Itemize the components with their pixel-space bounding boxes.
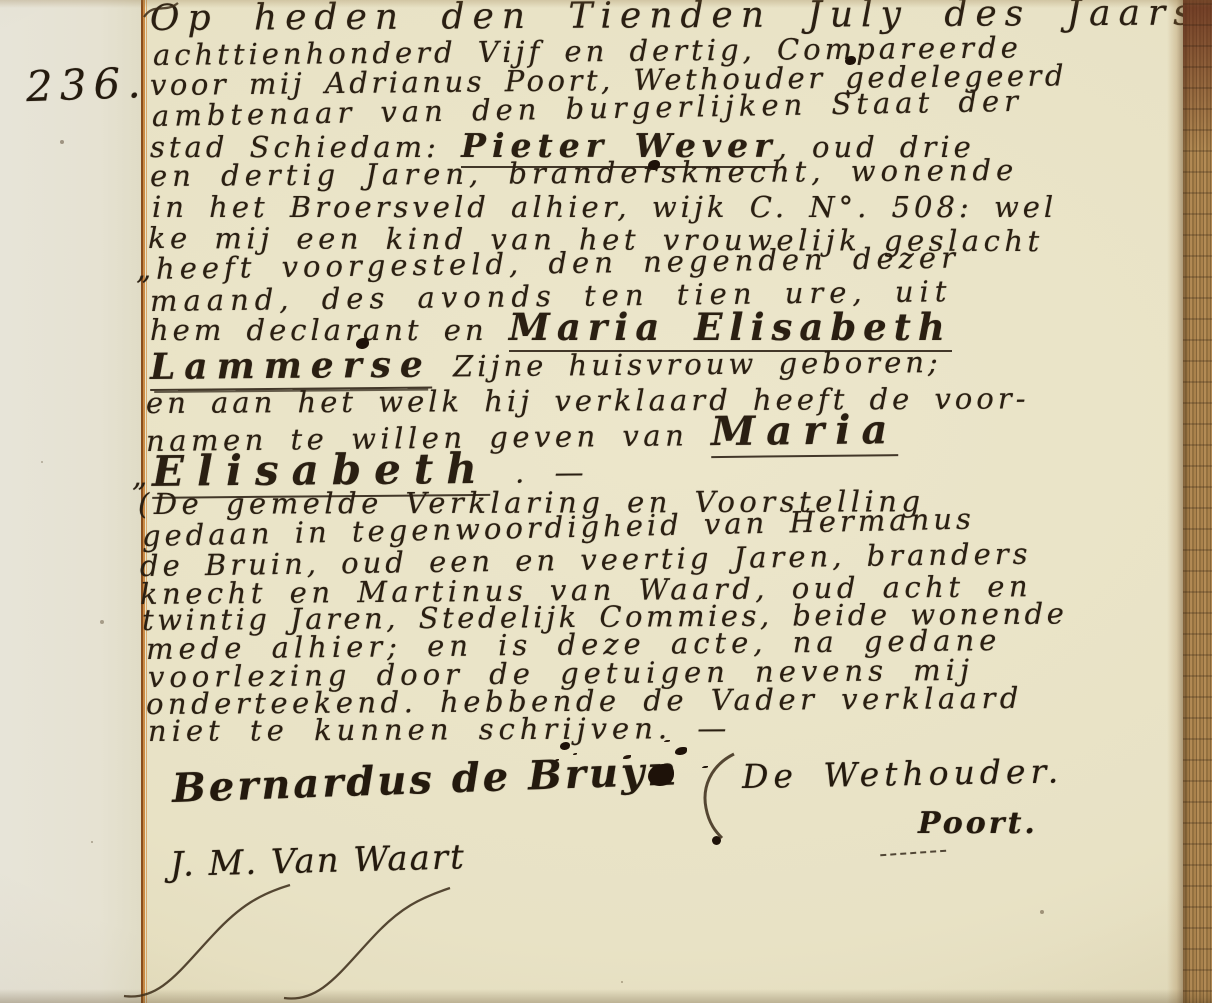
- pen-flourish-top: [142, 0, 182, 20]
- manuscript-line: in het Broersveld alhier, wijk C. N°. 50…: [152, 190, 1057, 224]
- paraph-flourish: [700, 750, 740, 845]
- margin-column: [0, 0, 141, 1003]
- act-number: 236.: [25, 58, 148, 111]
- manuscript-line: Lammerse Zijne huisvrouw geboren;: [150, 339, 942, 388]
- line-text: en dertig Jaren, brandersknecht, wonende: [150, 153, 1018, 193]
- paraph-underline-flourish: [880, 844, 946, 857]
- signature-text: De Wethouder.: [742, 751, 1064, 796]
- manuscript-line: niet te kunnen schrijven. —: [148, 711, 731, 748]
- pen-flourish-bottom: [118, 878, 458, 1003]
- book-fore-edge: [1183, 0, 1212, 1003]
- signature-text: Bernardus de Bruyn: [171, 747, 680, 812]
- paper-specks: [60, 140, 64, 144]
- line-text: Zijne huisvrouw geboren;: [432, 345, 942, 383]
- manuscript-line: en dertig Jaren, brandersknecht, wonende: [150, 153, 1018, 193]
- signature-text: Poort.: [918, 806, 1038, 841]
- signature-witness-1: Bernardus de Bruyn: [171, 747, 680, 812]
- page-curl-shadow: [1167, 0, 1183, 1003]
- line-text: niet te kunnen schrijven. —: [148, 711, 731, 748]
- line-text: in het Broersveld alhier, wijk C. N°. 50…: [152, 190, 1057, 224]
- signature-official-title: De Wethouder.: [742, 751, 1064, 796]
- child-name-first: Maria: [711, 406, 899, 458]
- ink-blot: [560, 742, 570, 750]
- register-page: 236. Op heden den Tienden July des Jaars…: [0, 0, 1212, 1003]
- fore-edge-texture: [1183, 0, 1212, 1003]
- signature-official-name: Poort.: [918, 806, 1038, 841]
- line-text: hem declarant en: [150, 313, 509, 347]
- ink-dot: [712, 836, 721, 845]
